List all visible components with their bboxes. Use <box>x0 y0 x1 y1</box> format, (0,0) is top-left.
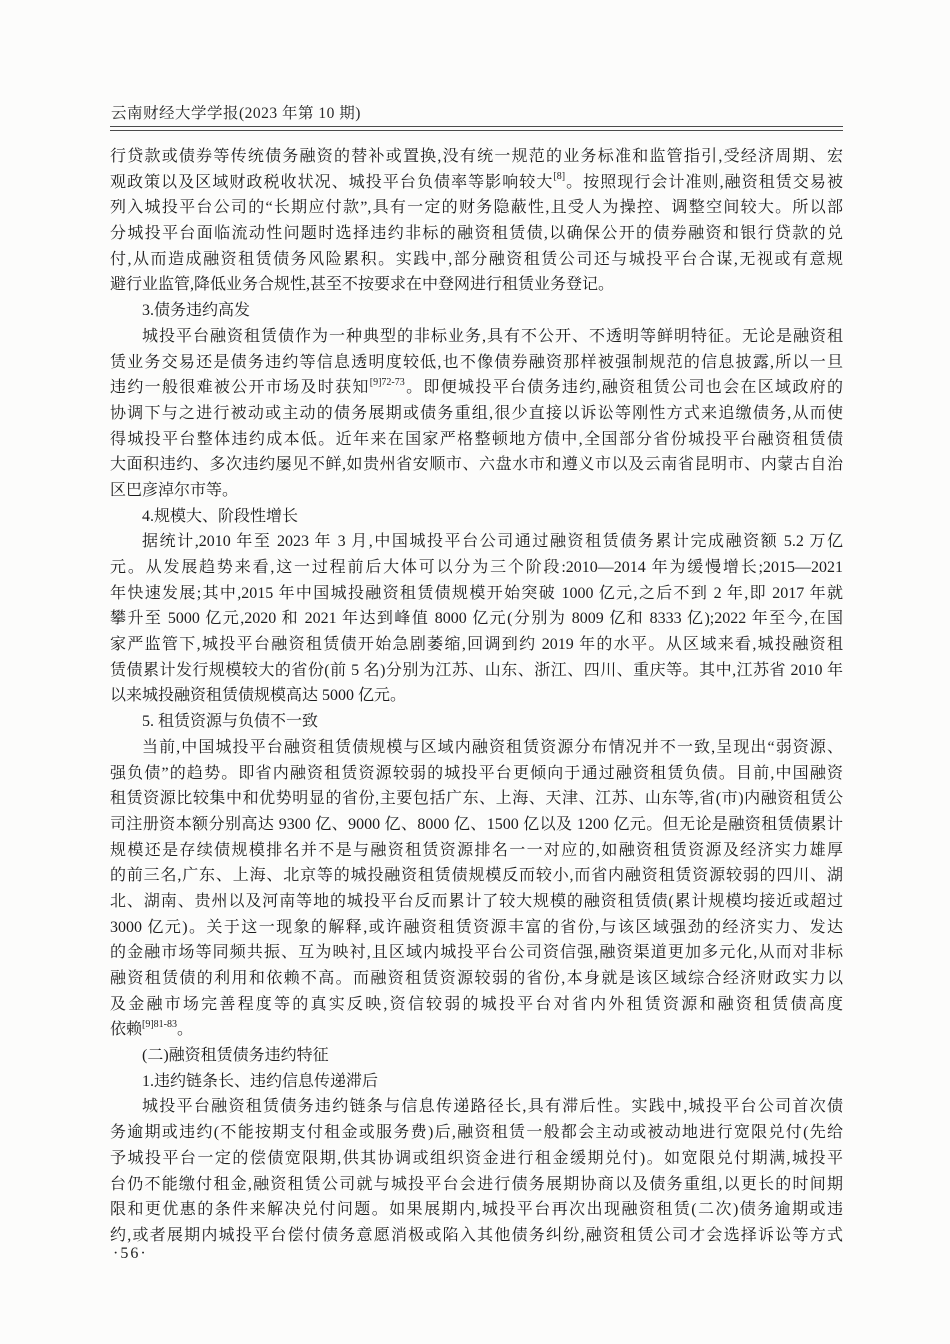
text-line: 违约一般很难被公开市场及时获知[9]72-73。即便城投平台债务违约,融资租赁公… <box>110 375 843 401</box>
text-line: 北、湖南、贵州以及河南等地的城投平台反而累计了较大规模的融资租赁债(累计规模均接… <box>110 889 843 915</box>
text-line: 的金融市场等同频共振、互为映衬,且区域内城投平台公司资信强,融资渠道更加多元化,… <box>110 940 843 966</box>
text-line: 台仍不能缴付租金,融资租赁公司就与城投平台会进行债务展期协商以及债务重组,以更长… <box>110 1172 843 1198</box>
text-line: 区巴彦淖尔市等。 <box>110 478 843 504</box>
text-line: 及金融市场完善程度等的真实反映,资信较弱的城投平台对省内外租赁资源和融资租赁债高… <box>110 992 843 1018</box>
text-line: 分城投平台面临流动性问题时选择违约非标的融资租赁债,以确保公开的债券融资和银行贷… <box>110 221 843 247</box>
text-line: 强负债”的趋势。即省内融资租赁资源较弱的城投平台更倾向于通过融资租赁负债。目前,… <box>110 761 843 787</box>
journal-header-title: 云南财经大学学报(2023 年第 10 期) <box>111 101 361 123</box>
text-line: 赁业务交易还是债务违约等信息透明度较低,也不像债券融资那样被强制规范的信息披露,… <box>110 350 843 376</box>
text-line: 约,或者展期内城投平台偿付债务意愿消极或陷入其他债务纠纷,融资租赁公司才会选择诉… <box>110 1223 843 1249</box>
text-line: 据统计,2010 年至 2023 年 3 月,中国城投平台公司通过融资租赁债务累… <box>110 529 843 555</box>
text-line: 务逾期或违约(不能按期支付租金或服务费)后,融资租赁一般都会主动或被动地进行宽限… <box>110 1120 843 1146</box>
text-line: 城投平台融资租赁债务违约链条与信息传递路径长,具有滞后性。实践中,城投平台公司首… <box>110 1094 843 1120</box>
text-line: 大面积违约、多次违约屡见不鲜,如贵州省安顺市、六盘水市和遵义市以及云南省昆明市、… <box>110 452 843 478</box>
article-body: 行贷款或债券等传统债务融资的替补或置换,没有统一规范的业务标准和监管指引,受经济… <box>110 144 843 1249</box>
section-heading-line: 3.债务违约高发 <box>110 298 843 324</box>
text-line: 3000 亿元)。关于这一现象的解释,或许融资租赁资源丰富的省份,与该区域强劲的… <box>110 915 843 941</box>
text-line: 家严监管下,城投平台融资租赁债开始急剧萎缩,回调到约 2019 年的水平。从区域… <box>110 632 843 658</box>
text-line: 城投平台融资租赁债作为一种典型的非标业务,具有不公开、不透明等鲜明特征。无论是融… <box>110 324 843 350</box>
citation-superscript: [9]72-73 <box>370 377 405 388</box>
section-heading-line: (二)融资租赁债务违约特征 <box>110 1043 843 1069</box>
text-line: 限和更优惠的条件来解决兑付问题。如果展期内,城投平台再次出现融资租赁(二次)债务… <box>110 1197 843 1223</box>
section-heading-line: 4.规模大、阶段性增长 <box>110 504 843 530</box>
text-line: 列入城投平台公司的“长期应付款”,具有一定的财务隐蔽性,且受人为操控、调整空间较… <box>110 195 843 221</box>
text-line: 的前三名,广东、上海、北京等的城投融资租赁债规模反而较小,而省内融资租赁资源较弱… <box>110 863 843 889</box>
text-line: 规模还是存续债规模排名并不是与融资租赁资源排名一一对应的,如融资租赁资源及经济实… <box>110 838 843 864</box>
text-line: 协调下与之进行被动或主动的债务展期或债务重组,很少直接以诉讼等刚性方式来追缴债务… <box>110 401 843 427</box>
text-line: 予城投平台一定的偿债宽限期,供其协调或组织资金进行租金缓期兑付)。如宽限兑付期满… <box>110 1146 843 1172</box>
page-number: ·56· <box>113 1245 148 1263</box>
text-line: 元。从发展趋势来看,这一过程前后大体可以分为三个阶段:2010—2014 年为缓… <box>110 555 843 581</box>
section-heading-line: 1.违约链条长、违约信息传递滞后 <box>110 1069 843 1095</box>
text-line: 观政策以及区域财政税收状况、城投平台负债率等影响较大[8]。按照现行会计准则,融… <box>110 170 843 196</box>
text-line: 融资租赁债的利用和依赖不高。而融资租赁资源较弱的省份,本身就是该区域综合经济财政… <box>110 966 843 992</box>
text-line: 付,从而造成融资租赁债务风险累积。实践中,部分融资租赁公司还与城投平台合谋,无视… <box>110 247 843 273</box>
text-line: 得城投平台整体违约成本低。近年来在国家严格整顿地方债中,全国部分省份城投平台融资… <box>110 427 843 453</box>
journal-page: 云南财经大学学报(2023 年第 10 期) 行贷款或债券等传统债务融资的替补或… <box>0 0 950 1344</box>
text-line: 以来城投融资租赁债规模高达 5000 亿元。 <box>110 683 843 709</box>
citation-superscript: [8] <box>553 171 565 182</box>
text-line: 租赁资源比较集中和优势明显的省份,主要包括广东、上海、天津、江苏、山东等,省(市… <box>110 786 843 812</box>
header-double-rule <box>110 126 843 131</box>
text-line: 依赖[9]81-83。 <box>110 1017 843 1043</box>
text-line: 行贷款或债券等传统债务融资的替补或置换,没有统一规范的业务标准和监管指引,受经济… <box>110 144 843 170</box>
text-line: 攀升至 5000 亿元,2020 和 2021 年达到峰值 8000 亿元(分别… <box>110 606 843 632</box>
citation-superscript: [9]81-83 <box>142 1019 177 1030</box>
section-heading-line: 5. 租赁资源与负债不一致 <box>110 709 843 735</box>
text-line: 年快速发展;其中,2015 年中国城投融资租赁债规模开始突破 1000 亿元,之… <box>110 581 843 607</box>
text-line: 当前,中国城投平台融资租赁债规模与区域内融资租赁资源分布情况并不一致,呈现出“弱… <box>110 735 843 761</box>
text-line: 赁债累计发行规模较大的省份(前 5 名)分别为江苏、山东、浙江、四川、重庆等。其… <box>110 658 843 684</box>
text-line: 司注册资本额分别高达 9300 亿、9000 亿、8000 亿、1500 亿以及… <box>110 812 843 838</box>
text-line: 避行业监管,降低业务合规性,甚至不按要求在中登网进行租赁业务登记。 <box>110 272 843 298</box>
